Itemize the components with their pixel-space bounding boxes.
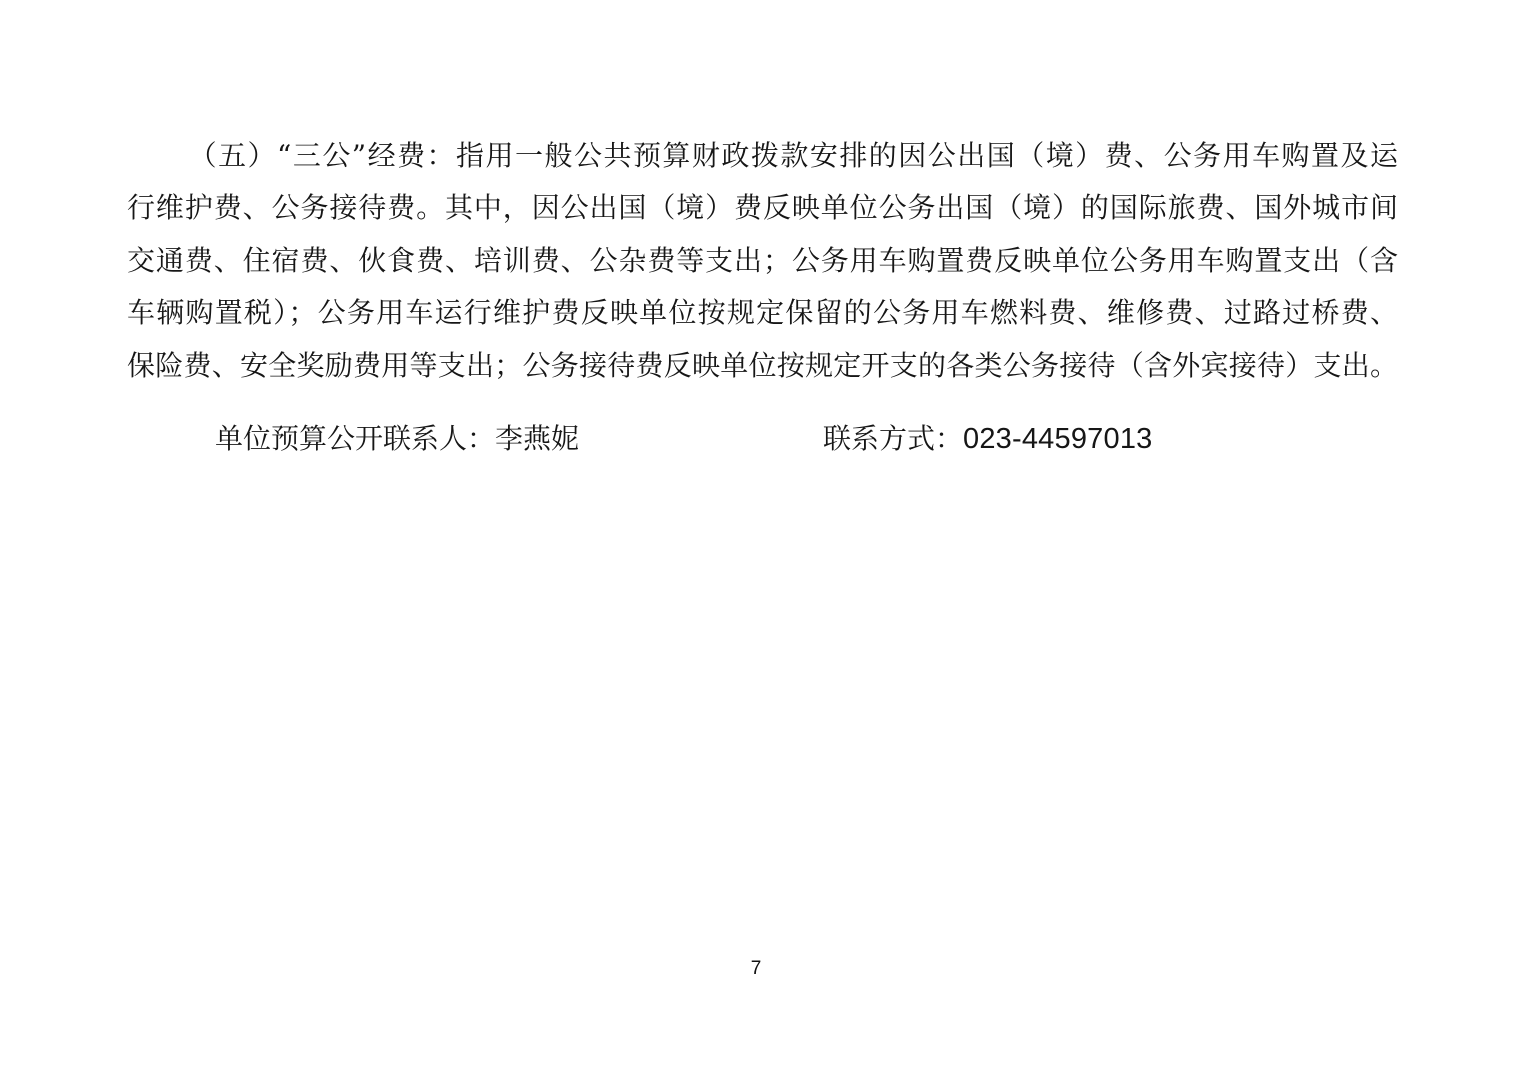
- contact-phone-number: 023-44597013: [963, 423, 1152, 455]
- contact-phone-label: 联系方式：: [823, 422, 963, 455]
- page-number: 7: [0, 958, 1512, 980]
- paragraph-line: （五）“三公”经费：指用一般公共预算财政拨款安排的因公出国（境）费、公务用车购置…: [127, 130, 1398, 182]
- contact-phone: 联系方式：023-44597013: [823, 412, 1153, 466]
- three-public-funds-paragraph: （五）“三公”经费：指用一般公共预算财政拨款安排的因公出国（境）费、公务用车购置…: [127, 130, 1398, 392]
- paragraph-line: 交通费、住宿费、伙食费、培训费、公杂费等支出；公务用车购置费反映单位公务用车购置…: [127, 235, 1398, 287]
- paragraph-line: 车辆购置税）；公务用车运行维护费反映单位按规定保留的公务用车燃料费、维修费、过路…: [127, 287, 1398, 339]
- contact-person-label: 单位预算公开联系人：: [215, 422, 495, 455]
- paragraph-line: 行维护费、公务接待费。其中，因公出国（境）费反映单位公务出国（境）的国际旅费、国…: [127, 182, 1398, 234]
- contact-row: 单位预算公开联系人：李燕妮 联系方式：023-44597013: [127, 412, 1398, 465]
- contact-person-name: 李燕妮: [495, 422, 579, 455]
- document-page: （五）“三公”经费：指用一般公共预算财政拨款安排的因公出国（境）费、公务用车购置…: [0, 0, 1520, 1074]
- paragraph-line: 保险费、安全奖励费用等支出；公务接待费反映单位按规定开支的各类公务接待（含外宾接…: [127, 340, 1398, 392]
- contact-person: 单位预算公开联系人：李燕妮: [215, 412, 579, 465]
